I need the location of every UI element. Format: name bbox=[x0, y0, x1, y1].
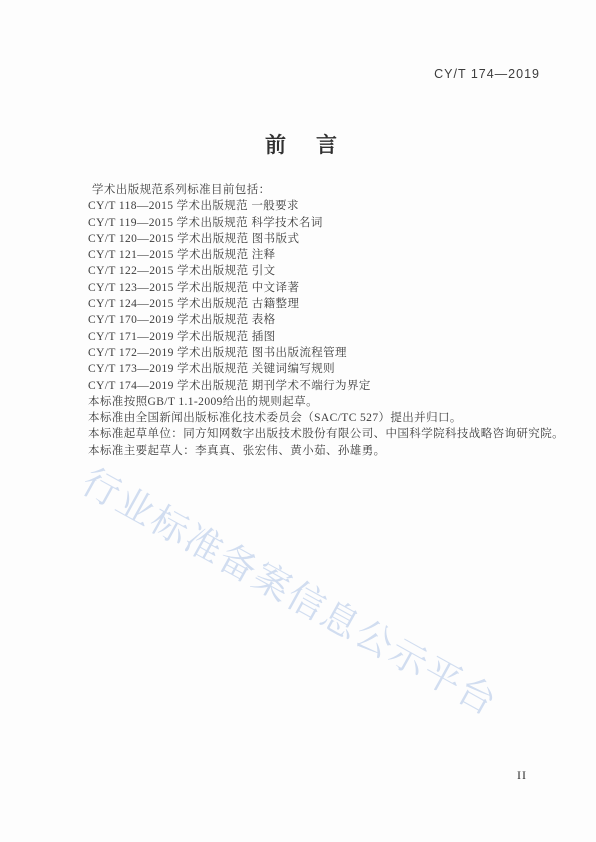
foreword-paragraph: 本标准由全国新闻出版标准化技术委员会（SAC/TC 527）提出并归口。 bbox=[88, 410, 558, 426]
standard-list-item: CY/T 119—2015 学术出版规范 科学技术名词 bbox=[88, 215, 558, 231]
page-title: 前言 bbox=[0, 129, 596, 159]
standard-list-item: CY/T 122—2015 学术出版规范 引文 bbox=[88, 263, 558, 279]
foreword-paragraph: 本标准主要起草人：李真真、张宏伟、黄小茹、孙雄勇。 bbox=[88, 443, 558, 459]
foreword-paragraph: 本标准起草单位：同方知网数字出版技术股份有限公司、中国科学院科技战略咨询研究院。 bbox=[88, 426, 558, 442]
standard-list-item: CY/T 171—2019 学术出版规范 插图 bbox=[88, 329, 558, 345]
standard-list-item: CY/T 170—2019 学术出版规范 表格 bbox=[88, 312, 558, 328]
standard-list-item: CY/T 120—2015 学术出版规范 图书版式 bbox=[88, 231, 558, 247]
intro-line: 学术出版规范系列标准目前包括： bbox=[88, 182, 558, 198]
standard-list-item: CY/T 124—2015 学术出版规范 古籍整理 bbox=[88, 296, 558, 312]
watermark-text: 行业标准备案信息公示平台 bbox=[74, 452, 510, 726]
standard-list-item: CY/T 123—2015 学术出版规范 中文译著 bbox=[88, 280, 558, 296]
standard-list-item: CY/T 121—2015 学术出版规范 注释 bbox=[88, 247, 558, 263]
foreword-body: 学术出版规范系列标准目前包括： CY/T 118—2015 学术出版规范 一般要… bbox=[88, 182, 558, 459]
document-page: CY/T 174—2019 前言 学术出版规范系列标准目前包括： CY/T 11… bbox=[0, 0, 596, 842]
standard-list-item: CY/T 172—2019 学术出版规范 图书出版流程管理 bbox=[88, 345, 558, 361]
standard-list-item: CY/T 173—2019 学术出版规范 关键词编写规则 bbox=[88, 361, 558, 377]
standard-code-header: CY/T 174—2019 bbox=[434, 67, 540, 81]
standard-list-item: CY/T 174—2019 学术出版规范 期刊学术不端行为界定 bbox=[88, 378, 558, 394]
foreword-paragraph: 本标准按照GB/T 1.1-2009给出的规则起草。 bbox=[88, 394, 558, 410]
standard-list-item: CY/T 118—2015 学术出版规范 一般要求 bbox=[88, 198, 558, 214]
page-number: II bbox=[517, 768, 527, 783]
